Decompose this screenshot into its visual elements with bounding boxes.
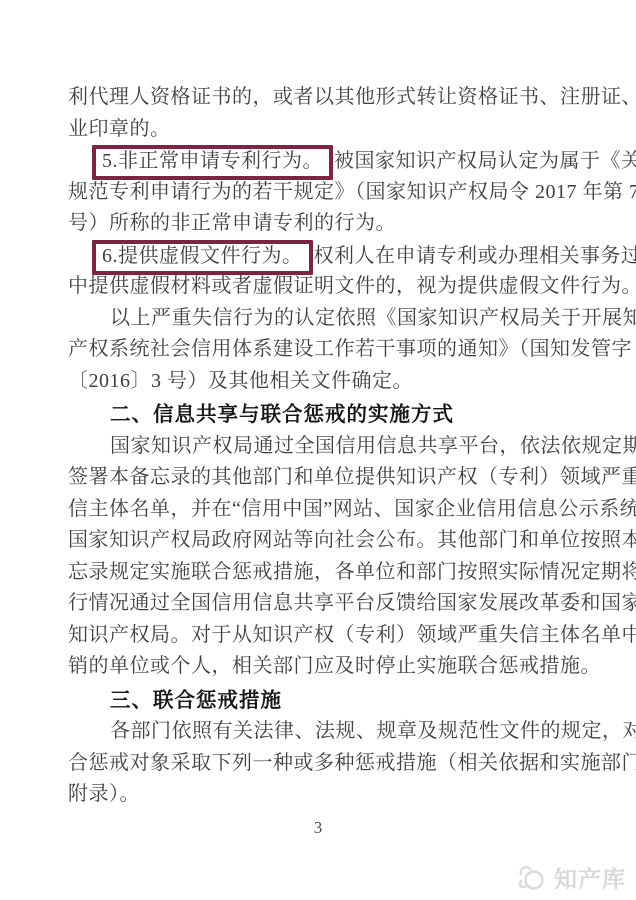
body-line: 信主体名单，并在“信用中国”网站、国家企业信用信息公示系统、 [68, 494, 570, 526]
body-line: 签署本备忘录的其他部门和单位提供知识产权（专利）领域严重失 [68, 462, 570, 494]
body-line: 以上严重失信行为的认定依照《国家知识产权局关于开展知识 [68, 303, 570, 335]
document-page-body: 利代理人资格证书的，或者以其他形式转让资格证书、注册证、执 业印章的。 5.非正… [68, 82, 570, 811]
body-line: 销的单位或个人，相关部门应及时停止实施联合惩戒措施。 [68, 651, 570, 683]
body-line: 国家知识产权局通过全国信用信息共享平台，依法依规定期向 [68, 431, 570, 463]
body-line: 行情况通过全国信用信息共享平台反馈给国家发展改革委和国家 [68, 588, 570, 620]
body-line: 业印章的。 [68, 114, 570, 146]
body-line: 各部门依照有关法律、法规、规章及规范性文件的规定，对联 [68, 716, 570, 748]
body-line: 规范专利申请行为的若干规定》（国家知识产权局令 2017 年第 75 [68, 177, 570, 209]
body-line: 附录）。 [68, 779, 570, 811]
body-line-item-5: 5.非正常申请专利行为。被国家知识产权局认定为属于《关于 [68, 145, 570, 177]
body-line: 利代理人资格证书的，或者以其他形式转让资格证书、注册证、执 [68, 82, 570, 114]
page-number: 3 [0, 818, 636, 838]
body-line: 知识产权局。对于从知识产权（专利）领域严重失信主体名单中撤 [68, 620, 570, 652]
watermark: 知产库 [515, 861, 626, 894]
body-line: 号）所称的非正常申请专利的行为。 [68, 208, 570, 240]
watermark-text: 知产库 [554, 861, 626, 894]
body-line: 中提供虚假材料或者虚假证明文件的，视为提供虚假文件行为。 [68, 271, 570, 303]
body-line-text: 权利人在申请专利或办理相关事务过程 [314, 245, 636, 267]
highlight-box-5: 5.非正常申请专利行为。 [92, 145, 333, 180]
highlight-box-6: 6.提供虚假文件行为。 [92, 240, 313, 275]
body-line: 国家知识产权局政府网站等向社会公布。其他部门和单位按照本备 [68, 525, 570, 557]
body-line: 合惩戒对象采取下列一种或多种惩戒措施（相关依据和实施部门见 [68, 748, 570, 780]
section-heading-3: 三、联合惩戒措施 [68, 685, 570, 717]
zhichanku-logo-icon [515, 863, 551, 893]
body-line: 忘录规定实施联合惩戒措施，各单位和部门按照实际情况定期将执 [68, 557, 570, 589]
section-heading-2: 二、信息共享与联合惩戒的实施方式 [68, 399, 570, 431]
body-line-item-6: 6.提供虚假文件行为。权利人在申请专利或办理相关事务过程 [68, 240, 570, 272]
body-line: 产权系统社会信用体系建设工作若干事项的通知》（国知发管字 [68, 334, 570, 366]
body-line: 〔2016〕3 号）及其他相关文件确定。 [68, 366, 570, 398]
body-line-text: 被国家知识产权局认定为属于《关于 [334, 150, 636, 172]
